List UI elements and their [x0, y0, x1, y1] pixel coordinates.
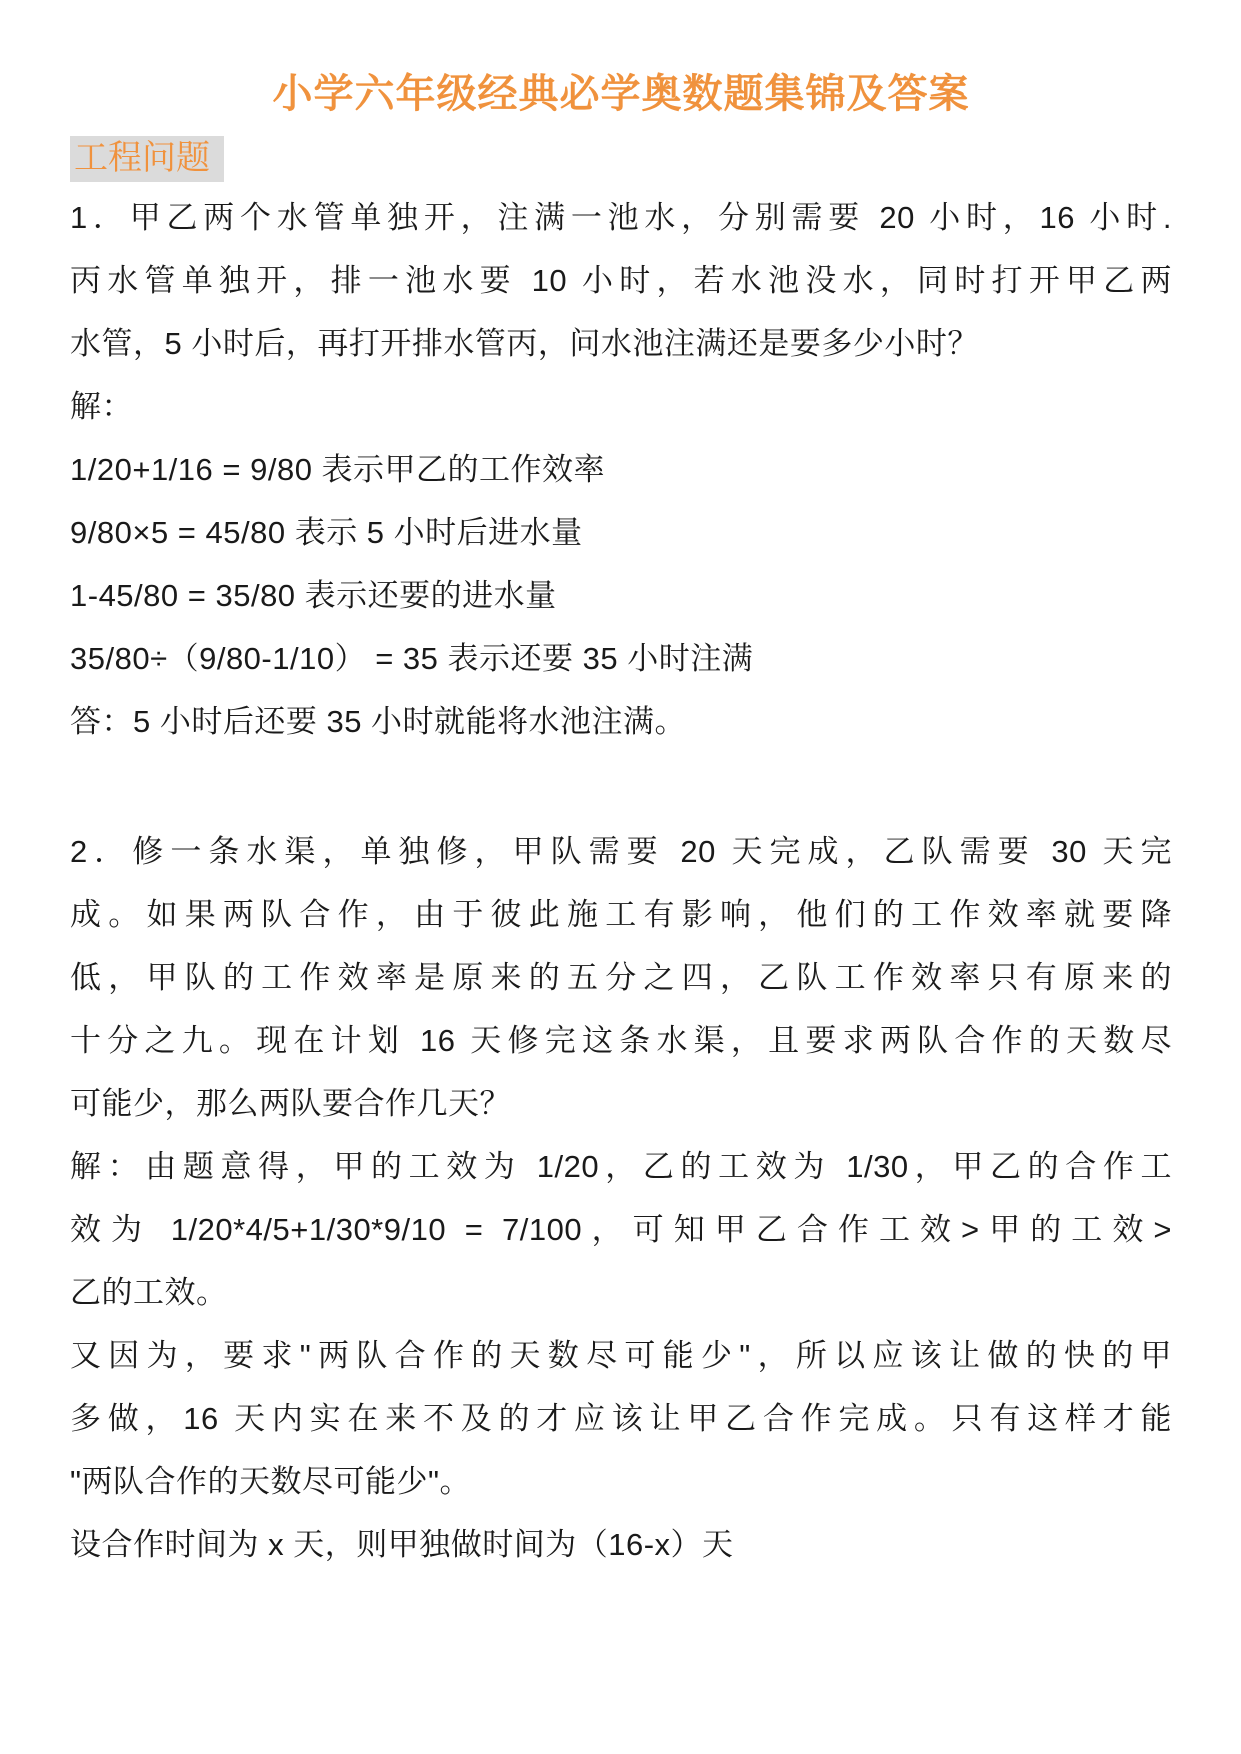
problem-1-block: 1．甲乙两个水管单独开，注满一池水，分别需要 20 小时，16 小时. 丙水管单…	[70, 186, 1172, 753]
text-line: 1-45/80 = 35/80 表示还要的进水量	[70, 564, 1172, 627]
document-page: 小学六年级经典必学奥数题集锦及答案 工程问题 1．甲乙两个水管单独开，注满一池水…	[70, 0, 1172, 1576]
text-line: 解：由题意得，甲的工效为 1/20，乙的工效为 1/30，甲乙的合作工	[70, 1135, 1172, 1198]
text-line: 2．修一条水渠，单独修，甲队需要 20 天完成，乙队需要 30 天完	[70, 820, 1172, 883]
text-line: 多做，16 天内实在来不及的才应该让甲乙合作完成。只有这样才能	[70, 1387, 1172, 1450]
page-title: 小学六年级经典必学奥数题集锦及答案	[70, 68, 1172, 120]
text-line: 35/80÷（9/80-1/10） = 35 表示还要 35 小时注满	[70, 627, 1172, 690]
text-line: 十分之九。现在计划 16 天修完这条水渠，且要求两队合作的天数尽	[70, 1009, 1172, 1072]
paragraph-gap	[70, 753, 1172, 816]
text-line: 9/80×5 = 45/80 表示 5 小时后进水量	[70, 501, 1172, 564]
text-line: 成。如果两队合作，由于彼此施工有影响，他们的工作效率就要降	[70, 883, 1172, 946]
text-line: 可能少，那么两队要合作几天？	[70, 1072, 1172, 1135]
text-line: 乙的工效。	[70, 1261, 1172, 1324]
text-line: 效为 1/20*4/5+1/30*9/10 = 7/100，可知甲乙合作工效>甲…	[70, 1198, 1172, 1261]
text-line: 丙水管单独开，排一池水要 10 小时，若水池没水，同时打开甲乙两	[70, 249, 1172, 312]
text-line: 设合作时间为 x 天，则甲独做时间为（16-x）天	[70, 1513, 1172, 1576]
problem-2-block: 2．修一条水渠，单独修，甲队需要 20 天完成，乙队需要 30 天完 成。如果两…	[70, 820, 1172, 1576]
text-line: 答：5 小时后还要 35 小时就能将水池注满。	[70, 690, 1172, 753]
text-line: 1/20+1/16 = 9/80 表示甲乙的工作效率	[70, 438, 1172, 501]
text-line: 解：	[70, 375, 1172, 438]
text-line: 低，甲队的工作效率是原来的五分之四，乙队工作效率只有原来的	[70, 946, 1172, 1009]
text-line: "两队合作的天数尽可能少"。	[70, 1450, 1172, 1513]
section-header: 工程问题	[70, 136, 224, 182]
text-line: 水管，5 小时后，再打开排水管丙，问水池注满还是要多少小时？	[70, 312, 1172, 375]
text-line: 又因为，要求"两队合作的天数尽可能少"，所以应该让做的快的甲	[70, 1324, 1172, 1387]
text-line: 1．甲乙两个水管单独开，注满一池水，分别需要 20 小时，16 小时.	[70, 186, 1172, 249]
